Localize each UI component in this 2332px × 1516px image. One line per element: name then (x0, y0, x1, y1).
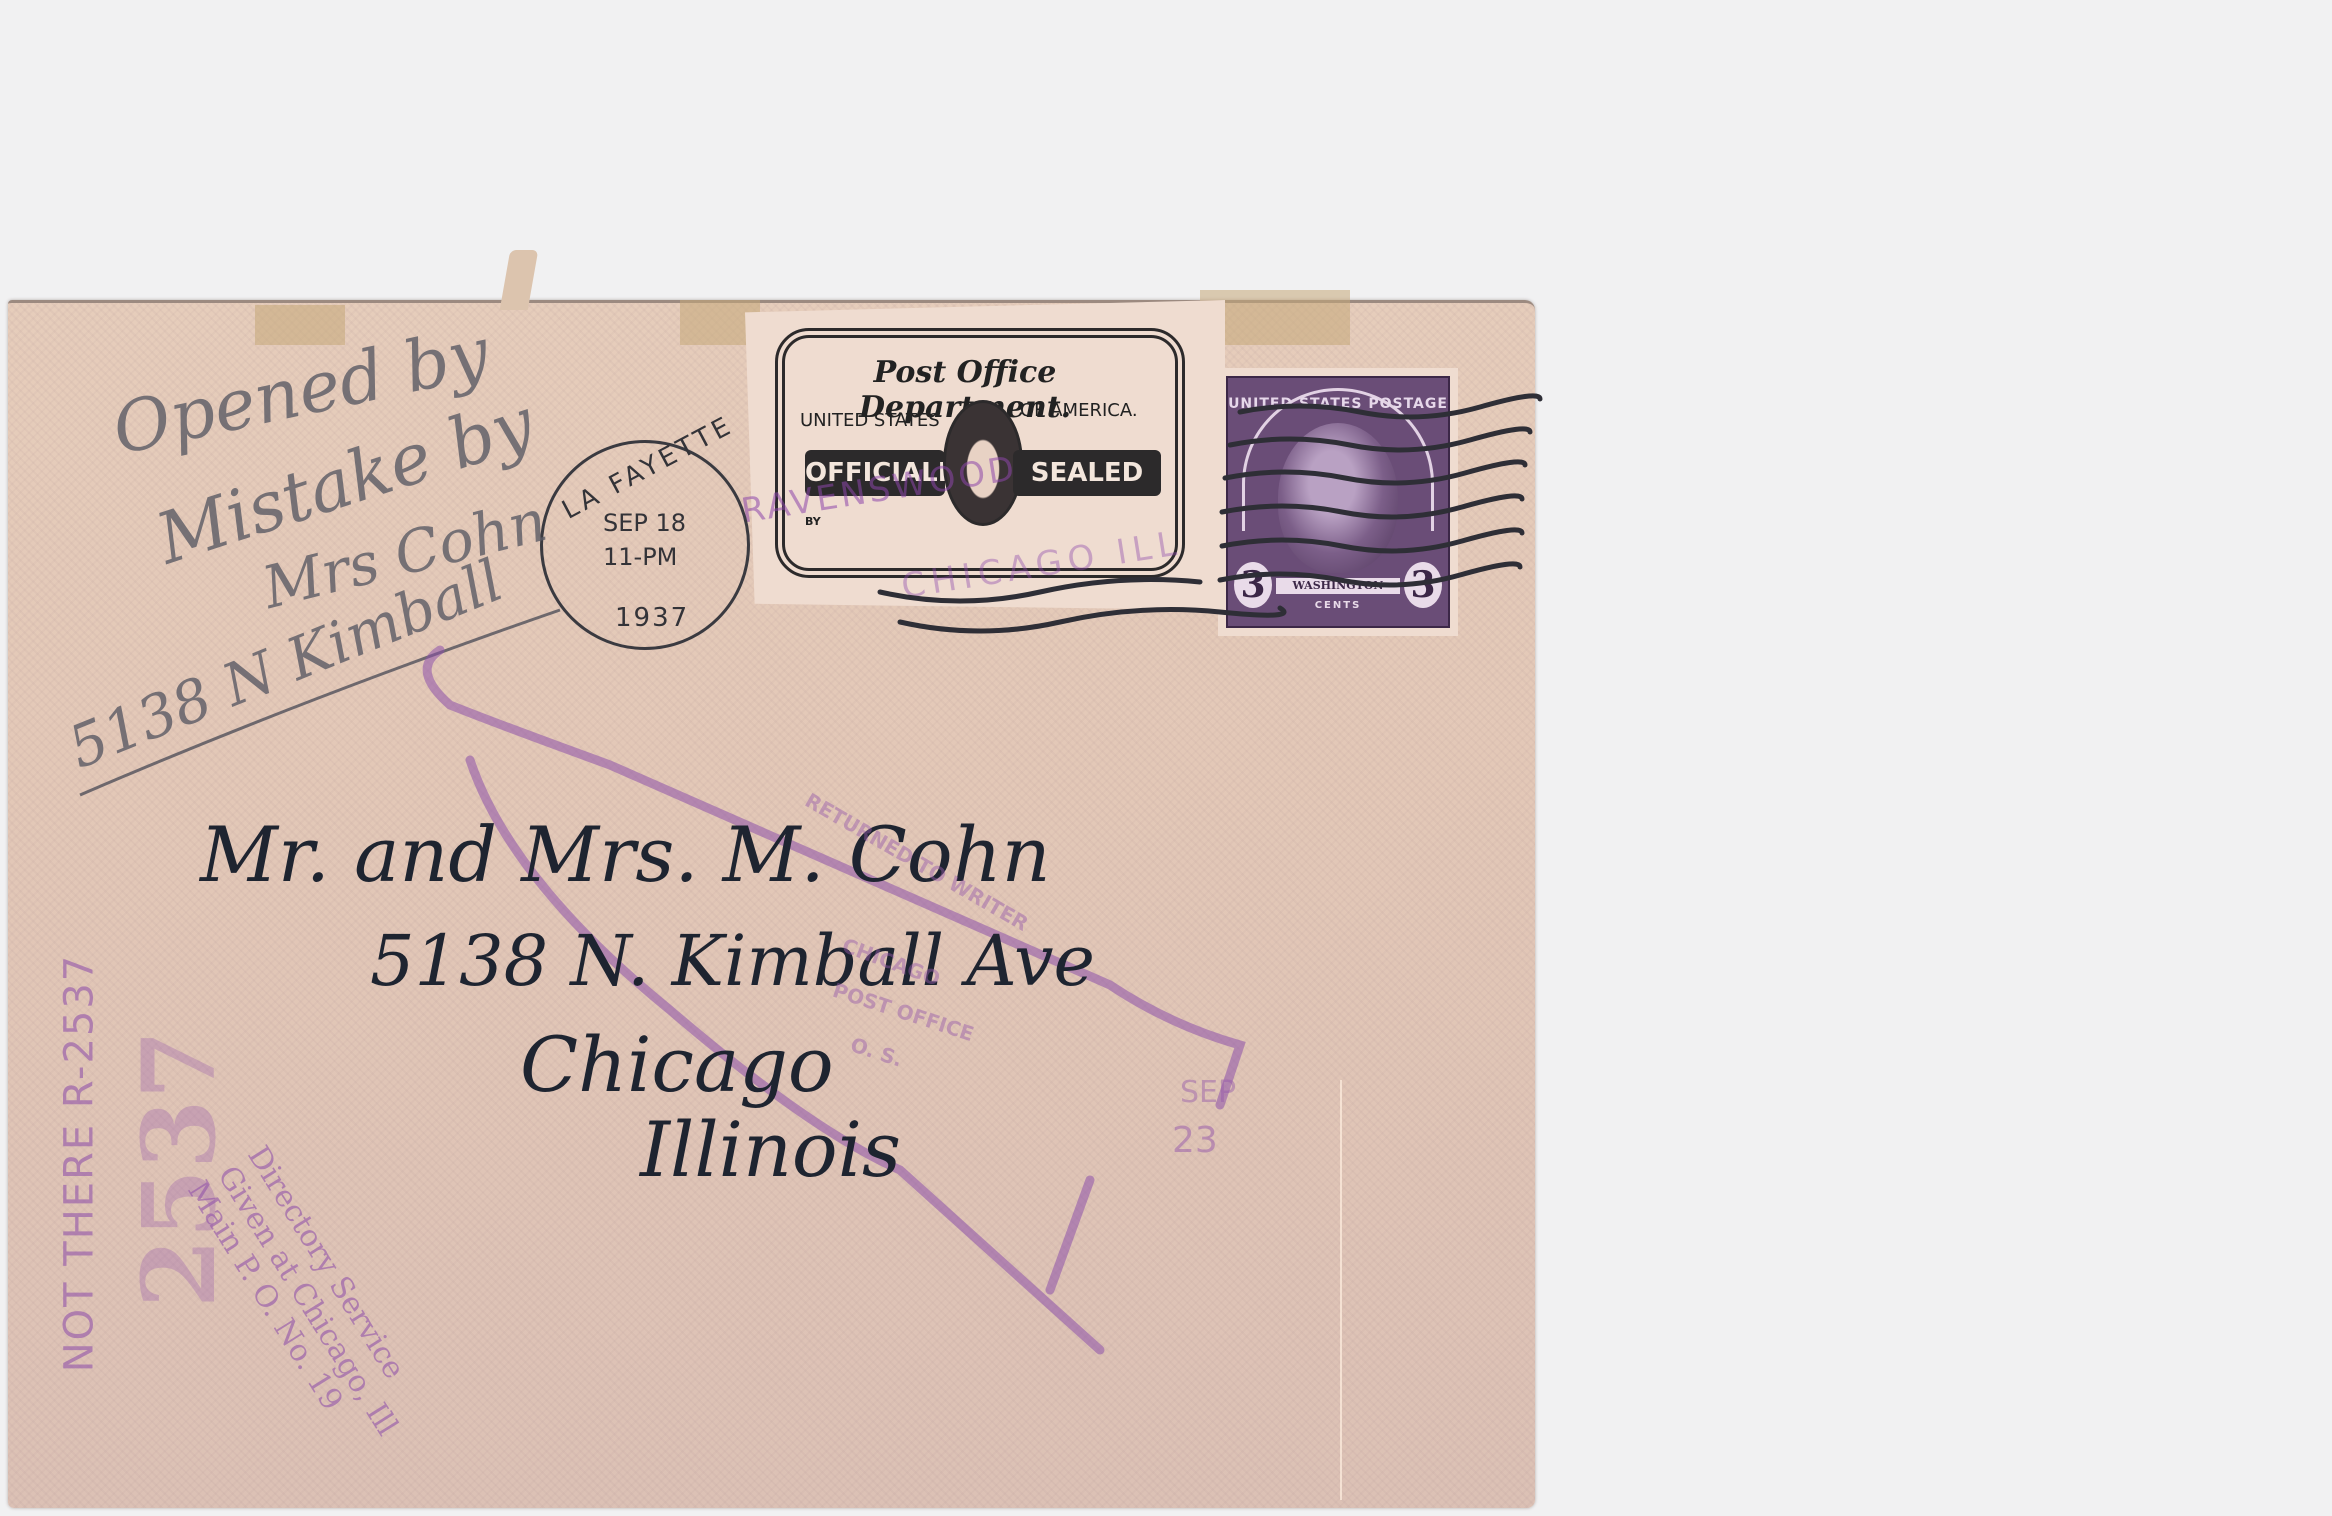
postmark-date: SEP 18 (603, 509, 686, 537)
stamp-top-text: UNITED STATES POSTAGE (1228, 396, 1448, 412)
postage-stamp: UNITED STATES POSTAGE 3 3 WASHINGTON CEN… (1218, 368, 1458, 636)
fold-crease (1340, 1080, 1342, 1500)
washington-portrait-icon (1278, 423, 1398, 573)
lafayette-postmark: LA FAYETTE SEP 18 11-PM 1937 (540, 440, 750, 650)
postmark-year: 1937 (615, 603, 689, 633)
address-city: Chicago (520, 1020, 834, 1109)
address-street: 5138 N. Kimball Ave (370, 920, 1095, 1002)
stamp-denomination-right: 3 (1404, 562, 1442, 608)
large-number-handstamp: 2537 (120, 1030, 238, 1308)
seal-of-america: OF AMERICA. (1020, 400, 1138, 421)
sep-handstamp-month: SEP (1180, 1075, 1236, 1110)
stamp-name: WASHINGTON (1276, 578, 1400, 594)
seal-united-states: UNITED STATES (800, 410, 940, 431)
stamp-cents: CENTS (1276, 600, 1400, 611)
tape-strip (255, 305, 345, 345)
stamp-denomination-left: 3 (1234, 562, 1272, 608)
seal-band-sealed: SEALED (1013, 450, 1161, 496)
not-there-handstamp: NOT THERE R-2537 (56, 954, 102, 1373)
sep-handstamp-day: 23 (1172, 1120, 1218, 1161)
address-state: Illinois (640, 1105, 901, 1194)
postmark-time: 11-PM (603, 543, 677, 571)
